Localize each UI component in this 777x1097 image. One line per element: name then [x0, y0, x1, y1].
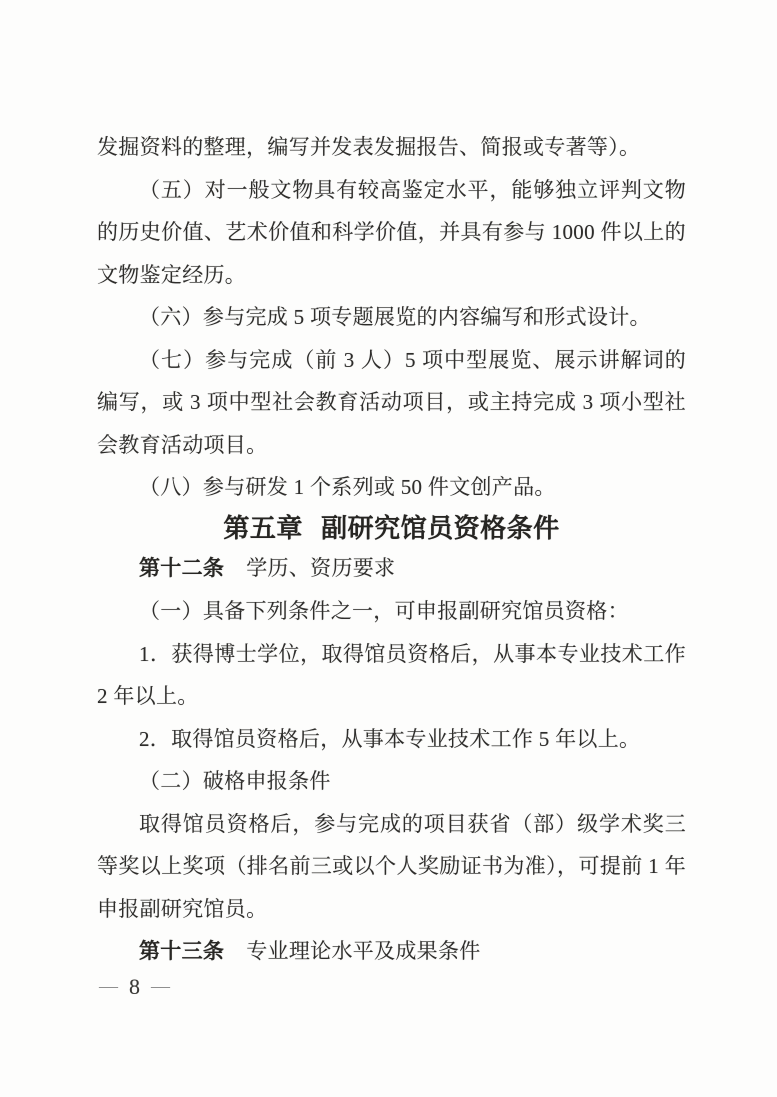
paragraph-exception: 取得馆员资格后，参与完成的项目获省（部）级学术奖三等奖以上奖项（排名前三或以个人…	[97, 803, 686, 931]
article-12-line: 第十二条学历、资历要求	[97, 547, 686, 591]
document-page: 发掘资料的整理，编写并发表发掘报告、简报或专著等）。 （五）对一般文物具有较高鉴…	[0, 0, 777, 1097]
paragraph-clause-2: 2．取得馆员资格后，从事本专业技术工作 5 年以上。	[97, 718, 686, 761]
paragraph-continuation: 发掘资料的整理，编写并发表发掘报告、简报或专著等）。	[97, 126, 686, 169]
footer-right-dash: —	[151, 974, 170, 1000]
footer-left-dash: —	[99, 974, 118, 1000]
paragraph-item-7: （七）参与完成（前 3 人）5 项中型展览、展示讲解词的编写，或 3 项中型社会…	[97, 339, 686, 467]
article-13-label: 第十三条	[139, 940, 224, 963]
chapter-heading: 第五章副研究馆员资格条件	[97, 509, 686, 547]
paragraph-item-6: （六）参与完成 5 项专题展览的内容编写和形式设计。	[97, 296, 686, 339]
chapter-title-text: 副研究馆员资格条件	[321, 513, 560, 543]
page-footer: — 8 —	[99, 974, 170, 1000]
paragraph-item-8: （八）参与研发 1 个系列或 50 件文创产品。	[97, 466, 686, 509]
article-13-line: 第十三条专业理论水平及成果条件	[97, 930, 686, 974]
chapter-number-label: 第五章	[223, 513, 303, 543]
page-number: 8	[129, 974, 140, 1000]
document-body: 发掘资料的整理，编写并发表发掘报告、简报或专著等）。 （五）对一般文物具有较高鉴…	[97, 126, 686, 974]
paragraph-clause-1: 1．获得博士学位，取得馆员资格后，从事本专业技术工作 2 年以上。	[97, 633, 686, 718]
paragraph-section-1: （一）具备下列条件之一，可申报副研究馆员资格：	[97, 590, 686, 633]
article-12-title: 学历、资历要求	[246, 556, 395, 580]
article-12-label: 第十二条	[139, 557, 224, 580]
paragraph-section-2: （二）破格申报条件	[97, 760, 686, 803]
article-13-title: 专业理论水平及成果条件	[246, 939, 480, 963]
paragraph-item-5: （五）对一般文物具有较高鉴定水平，能够独立评判文物的历史价值、艺术价值和科学价值…	[97, 169, 686, 297]
